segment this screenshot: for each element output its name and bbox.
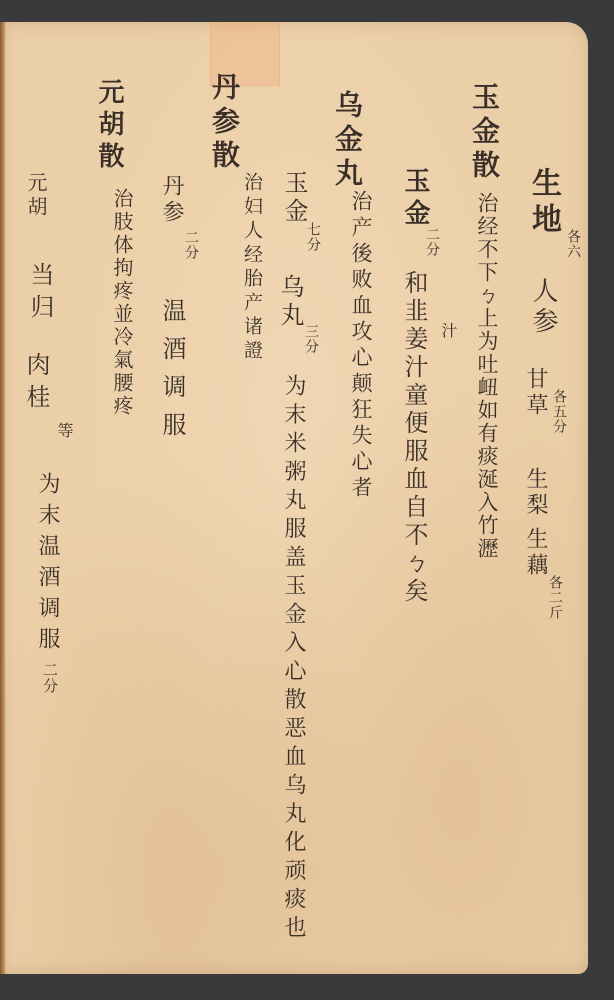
ingredient-danshen: 丹参 [160,174,182,226]
page-binding-edge [0,22,6,974]
formula-description: 治肢体拘疼並冷氣腰疼 [112,188,132,418]
dosage-note: 二分 [184,230,198,260]
ingredient-shengli: 生梨 [524,467,546,519]
formula-description: 治产後败血攻心颠狂失心者 [350,190,371,502]
dosage-note: 各五分 [552,389,566,434]
dosage-note: 各六 [566,229,580,259]
dosage-note: 二分 [42,662,57,694]
formula-title-danshen-san: 丹参散 [210,72,238,174]
dosage-note: 等 [56,422,72,439]
formula-title-yuanhu-san: 元胡散 [96,78,122,174]
formula-title-yujin-san: 玉金散 [470,82,498,184]
ingredient-renshen: 人参 [530,277,556,337]
ingredient-shengdi: 生地 [528,167,558,239]
formula-description: 治妇人经胎产诸證 [242,172,261,364]
ingredient-gancao: 甘草 [524,367,546,419]
ingredient-yuanhu: 元胡 [26,172,46,220]
ingredient-rougui: 肉桂 [24,352,48,416]
ingredient-yujin: 玉金 [402,167,428,231]
dosage-note: 各二斤 [548,575,562,620]
preparation-text: 温酒调服 [160,298,184,450]
dosage-note: 七分 [306,222,320,252]
dosage-note: 二分 [425,227,439,257]
ingredient-danggui: 当归 [28,262,52,326]
manuscript-page: 生地 各六 人参 甘草 各五分 生梨 生藕 各二斤 玉金散 治经不下ㄅ上为吐衄如… [0,22,588,974]
dosage-note: 三分 [304,324,318,354]
ingredient-wuwan: 乌丸 [278,274,302,330]
side-note: 汁 [440,322,456,339]
preparation-text: 为末温酒调服 [36,472,58,658]
viewer-background: 生地 各六 人参 甘草 各五分 生梨 生藕 各二斤 玉金散 治经不下ㄅ上为吐衄如… [0,0,614,1000]
preparation-text: 和韭姜汁童便服血自不ㄅ矣 [402,270,426,606]
formula-title-wujin-wan: 乌金丸 [333,90,361,192]
preparation-text: 为末米粥丸服盖玉金入心散恶血乌丸化顽痰也 [282,374,304,944]
ingredient-shengou: 生藕 [524,527,546,579]
ingredient-yujin: 玉金 [282,170,306,226]
formula-description: 治经不下ㄅ上为吐衄如有痰涎入竹瀝 [476,192,497,560]
